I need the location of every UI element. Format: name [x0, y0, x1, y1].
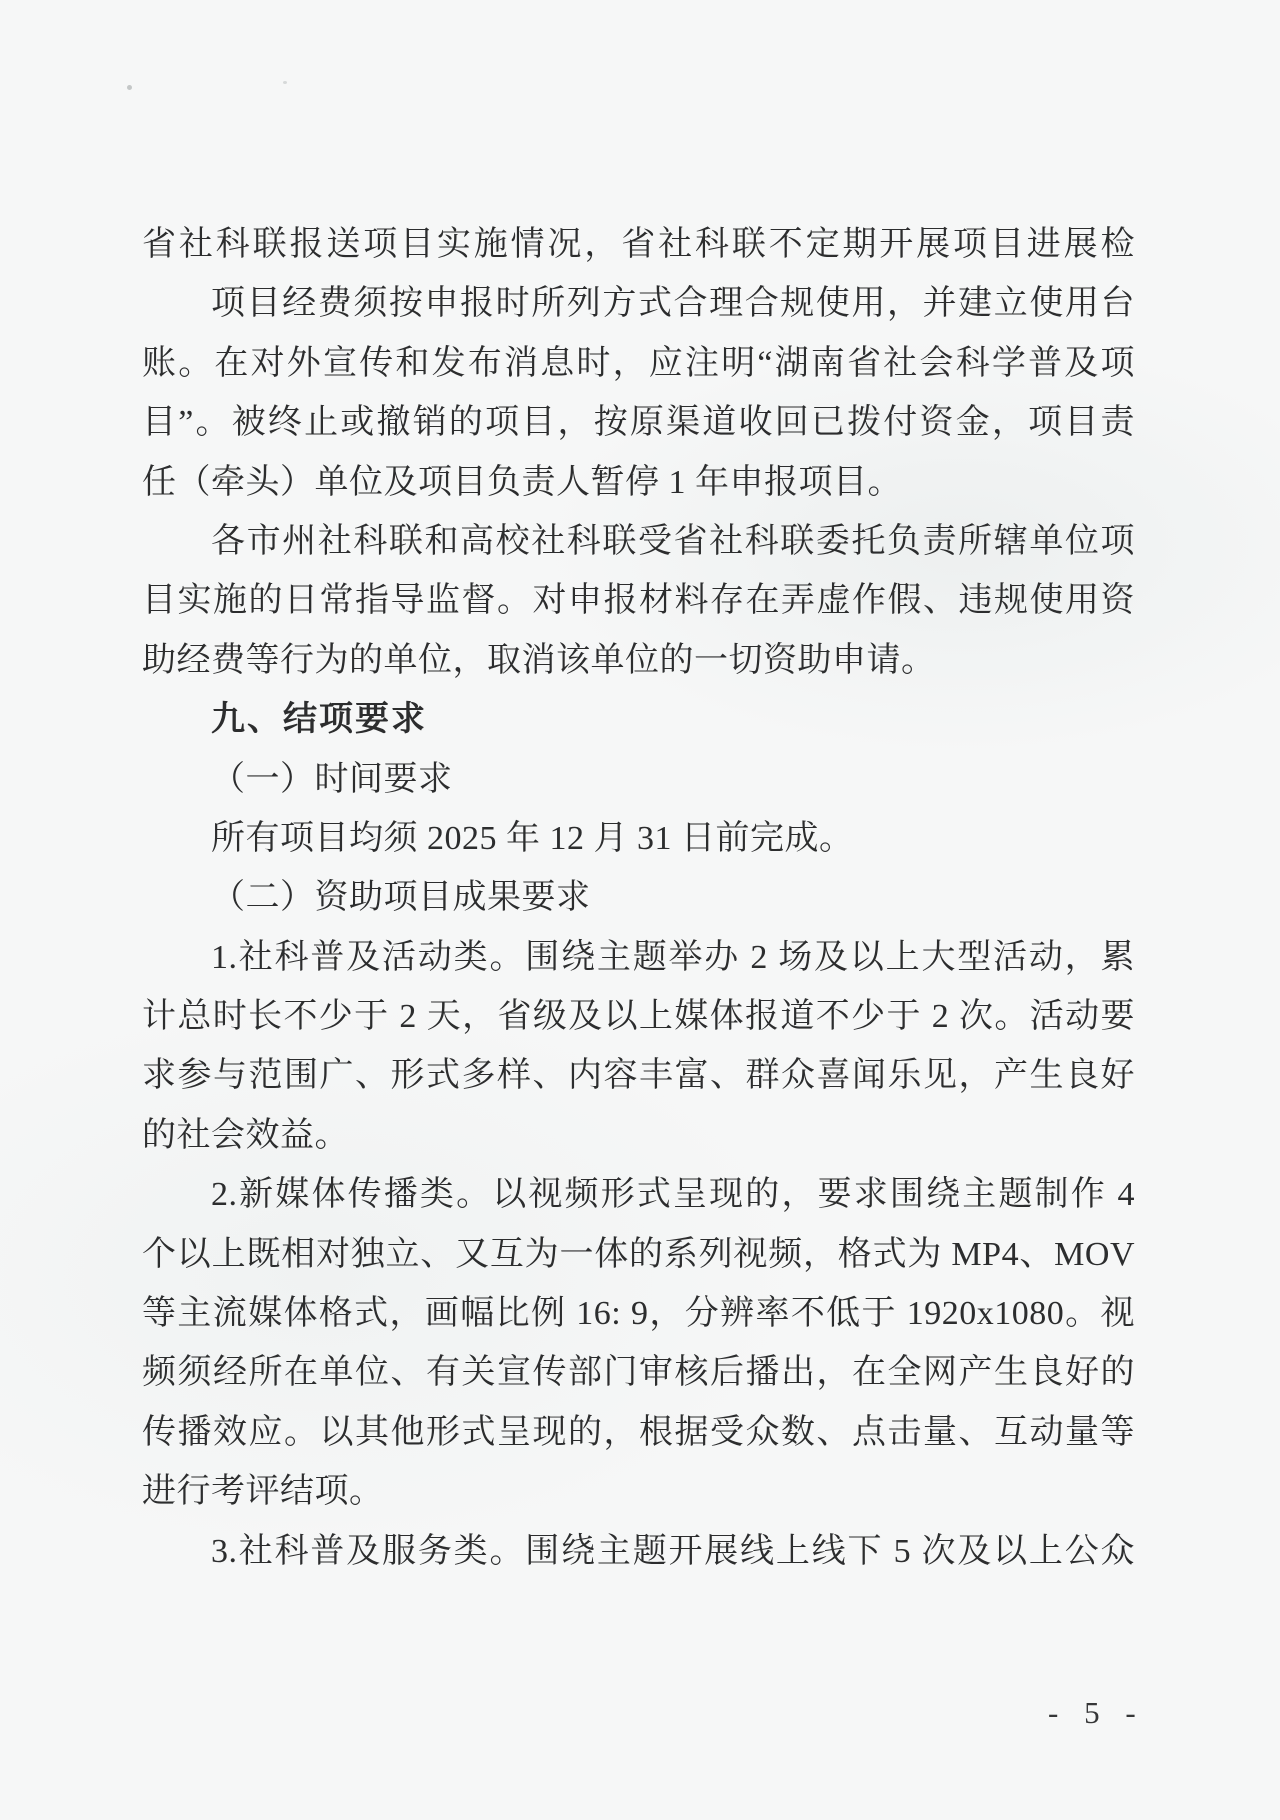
text-line: 等主流媒体格式，画幅比例 16: 9，分辨率不低于 1920x1080。视 [142, 1284, 1135, 1343]
text-line: 账。在对外宣传和发布消息时，应注明“湖南省社会科学普及项 [142, 334, 1135, 393]
text-line: 省社科联报送项目实施情况，省社科联不定期开展项目进展检查。 [142, 215, 1135, 274]
text-line: 目实施的日常指导监督。对申报材料存在弄虚作假、违规使用资 [142, 571, 1135, 630]
text-line: （一）时间要求 [142, 750, 1135, 809]
text-line: 计总时长不少于 2 天，省级及以上媒体报道不少于 2 次。活动要 [142, 987, 1135, 1046]
text-line: 1.社科普及活动类。围绕主题举办 2 场及以上大型活动，累 [142, 928, 1135, 987]
text-line: 传播效应。以其他形式呈现的，根据受众数、点击量、互动量等 [142, 1403, 1135, 1462]
document-body: 省社科联报送项目实施情况，省社科联不定期开展项目进展检查。项目经费须按申报时所列… [142, 215, 1135, 1581]
text-line: 3.社科普及服务类。围绕主题开展线上线下 5 次及以上公众 [142, 1522, 1135, 1581]
text-line: 任（牵头）单位及项目负责人暂停 1 年申报项目。 [142, 453, 1135, 512]
text-line: 求参与范围广、形式多样、内容丰富、群众喜闻乐见，产生良好 [142, 1046, 1135, 1105]
text-line: 助经费等行为的单位，取消该单位的一切资助申请。 [142, 631, 1135, 690]
text-line: 个以上既相对独立、又互为一体的系列视频，格式为 MP4、MOV [142, 1225, 1135, 1284]
section-heading: 九、结项要求 [142, 690, 1135, 749]
text-line: 频须经所在单位、有关宣传部门审核后播出，在全网产生良好的 [142, 1343, 1135, 1402]
page-number: - 5 - [1048, 1695, 1145, 1731]
text-line: 目”。被终止或撤销的项目，按原渠道收回已拨付资金，项目责 [142, 393, 1135, 452]
scan-speck [283, 81, 287, 84]
text-line: 的社会效益。 [142, 1106, 1135, 1165]
text-line: 2.新媒体传播类。以视频形式呈现的，要求围绕主题制作 4 [142, 1165, 1135, 1224]
document-page: 省社科联报送项目实施情况，省社科联不定期开展项目进展检查。项目经费须按申报时所列… [0, 0, 1280, 1820]
text-line: 项目经费须按申报时所列方式合理合规使用，并建立使用台 [142, 274, 1135, 333]
scan-speck [127, 85, 132, 90]
text-line: 所有项目均须 2025 年 12 月 31 日前完成。 [142, 809, 1135, 868]
text-line: 各市州社科联和高校社科联受省社科联委托负责所辖单位项 [142, 512, 1135, 571]
text-line: 进行考评结项。 [142, 1462, 1135, 1521]
text-line: （二）资助项目成果要求 [142, 868, 1135, 927]
